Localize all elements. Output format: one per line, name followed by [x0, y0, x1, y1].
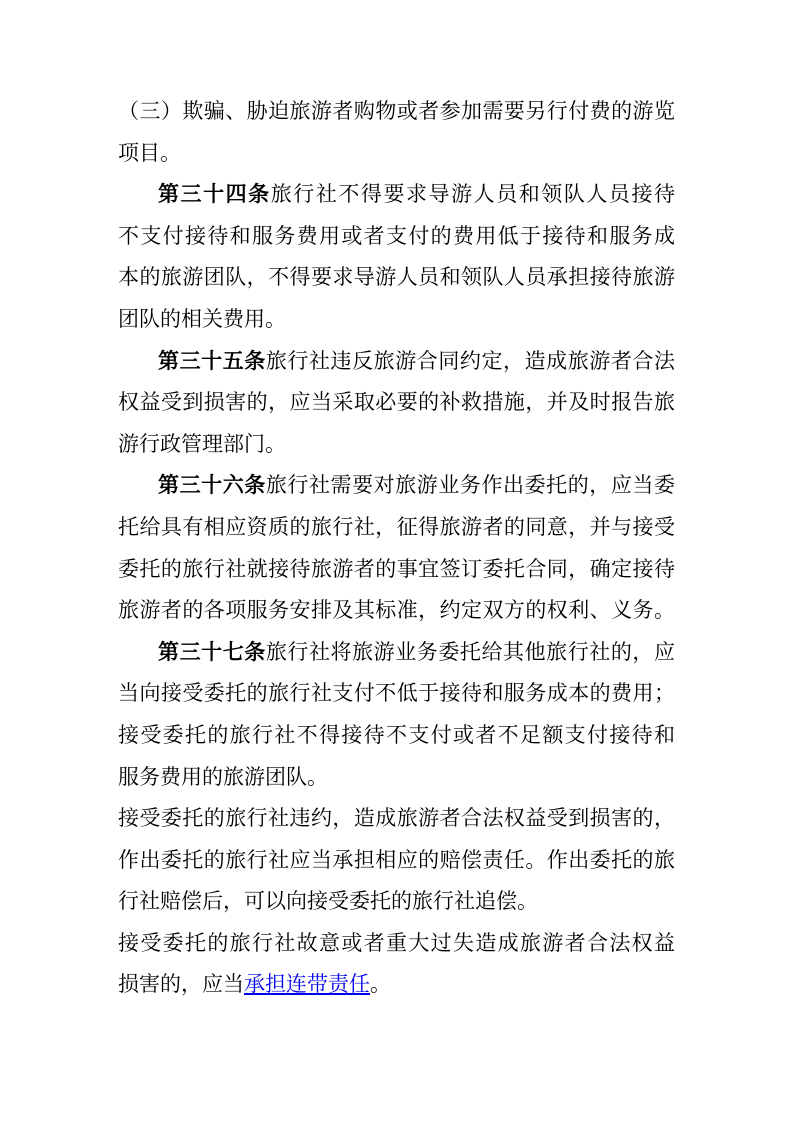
text-run: 行社赔偿后，可以向接受委托的旅行社追偿。 — [118, 889, 538, 913]
text-run: 接受委托的旅行社不得接待不支付或者不足额支付接待和 — [118, 723, 675, 747]
text-line: 作出委托的旅行社应当承担相应的赔偿责任。作出委托的旅 — [118, 840, 675, 882]
text-line: 服务费用的旅游团队。 — [118, 757, 675, 799]
text-run: 旅行社将旅游业务委托给其他旅行社的，应 — [266, 640, 675, 664]
text-line: 第三十七条旅行社将旅游业务委托给其他旅行社的，应 — [118, 632, 675, 674]
text-line: 权益受到损害的，应当采取必要的补救措施，并及时报告旅 — [118, 382, 675, 424]
text-run: 托给具有相应资质的旅行社，征得旅游者的同意，并与接受 — [118, 515, 675, 539]
text-run: （三）欺骗、胁迫旅游者购物或者参加需要另行付费的游览 — [118, 99, 675, 123]
text-run: 当向接受委托的旅行社支付不低于接待和服务成本的费用； — [118, 681, 675, 705]
text-line: 本的旅游团队，不得要求导游人员和领队人员承担接待旅游 — [118, 257, 675, 299]
text-line: 第三十六条旅行社需要对旅游业务作出委托的，应当委 — [118, 465, 675, 507]
text-line: 接受委托的旅行社故意或者重大过失造成旅游者合法权益 — [118, 923, 675, 965]
text-line: 第三十四条旅行社不得要求导游人员和领队人员接待 — [118, 174, 675, 216]
text-line: 游行政管理部门。 — [118, 424, 675, 466]
text-run: 服务费用的旅游团队。 — [118, 765, 328, 789]
text-line: 委托的旅行社就接待旅游者的事宜签订委托合同，确定接待 — [118, 549, 675, 591]
article-number-bold: 第三十七条 — [158, 640, 266, 664]
text-line: 托给具有相应资质的旅行社，征得旅游者的同意，并与接受 — [118, 507, 675, 549]
text-run: 不支付接待和服务费用或者支付的费用低于接待和服务成 — [118, 224, 675, 248]
text-run: 项目。 — [118, 141, 181, 165]
text-run: 作出委托的旅行社应当承担相应的赔偿责任。作出委托的旅 — [118, 848, 675, 872]
joint-liability-link[interactable]: 承担连带责任 — [244, 972, 370, 996]
article-number-bold: 第三十四条 — [158, 182, 271, 206]
text-line: 行社赔偿后，可以向接受委托的旅行社追偿。 — [118, 881, 675, 923]
text-run: 旅行社违反旅游合同约定，造成旅游者合法 — [266, 349, 675, 373]
text-line: 第三十五条旅行社违反旅游合同约定，造成旅游者合法 — [118, 341, 675, 383]
text-line: （三）欺骗、胁迫旅游者购物或者参加需要另行付费的游览 — [118, 91, 675, 133]
text-line: 当向接受委托的旅行社支付不低于接待和服务成本的费用； — [118, 673, 675, 715]
text-run: 损害的，应当 — [118, 972, 244, 996]
text-line: 项目。 — [118, 133, 675, 175]
text-line: 旅游者的各项服务安排及其标准，约定双方的权利、义务。 — [118, 590, 675, 632]
text-run: 本的旅游团队，不得要求导游人员和领队人员承担接待旅游 — [118, 265, 675, 289]
text-run: 接受委托的旅行社违约，造成旅游者合法权益受到损害的， — [118, 806, 675, 830]
text-run: 旅行社需要对旅游业务作出委托的，应当委 — [266, 473, 675, 497]
text-line: 团队的相关费用。 — [118, 299, 675, 341]
text-run: 。 — [370, 972, 391, 996]
text-block: （三）欺骗、胁迫旅游者购物或者参加需要另行付费的游览项目。第三十四条旅行社不得要… — [118, 91, 675, 1006]
text-line: 接受委托的旅行社违约，造成旅游者合法权益受到损害的， — [118, 798, 675, 840]
text-run: 委托的旅行社就接待旅游者的事宜签订委托合同，确定接待 — [118, 557, 675, 581]
text-run: 权益受到损害的，应当采取必要的补救措施，并及时报告旅 — [118, 390, 675, 414]
text-run: 旅游者的各项服务安排及其标准，约定双方的权利、义务。 — [118, 598, 675, 622]
text-line: 损害的，应当承担连带责任。 — [118, 964, 675, 1006]
article-number-bold: 第三十六条 — [158, 473, 266, 497]
text-line: 不支付接待和服务费用或者支付的费用低于接待和服务成 — [118, 216, 675, 258]
text-run: 旅行社不得要求导游人员和领队人员接待 — [271, 182, 675, 206]
document-page: （三）欺骗、胁迫旅游者购物或者参加需要另行付费的游览项目。第三十四条旅行社不得要… — [0, 0, 793, 1122]
text-line: 接受委托的旅行社不得接待不支付或者不足额支付接待和 — [118, 715, 675, 757]
text-run: 游行政管理部门。 — [118, 432, 286, 456]
text-run: 接受委托的旅行社故意或者重大过失造成旅游者合法权益 — [118, 931, 675, 955]
text-run: 团队的相关费用。 — [118, 307, 286, 331]
article-number-bold: 第三十五条 — [158, 349, 266, 373]
